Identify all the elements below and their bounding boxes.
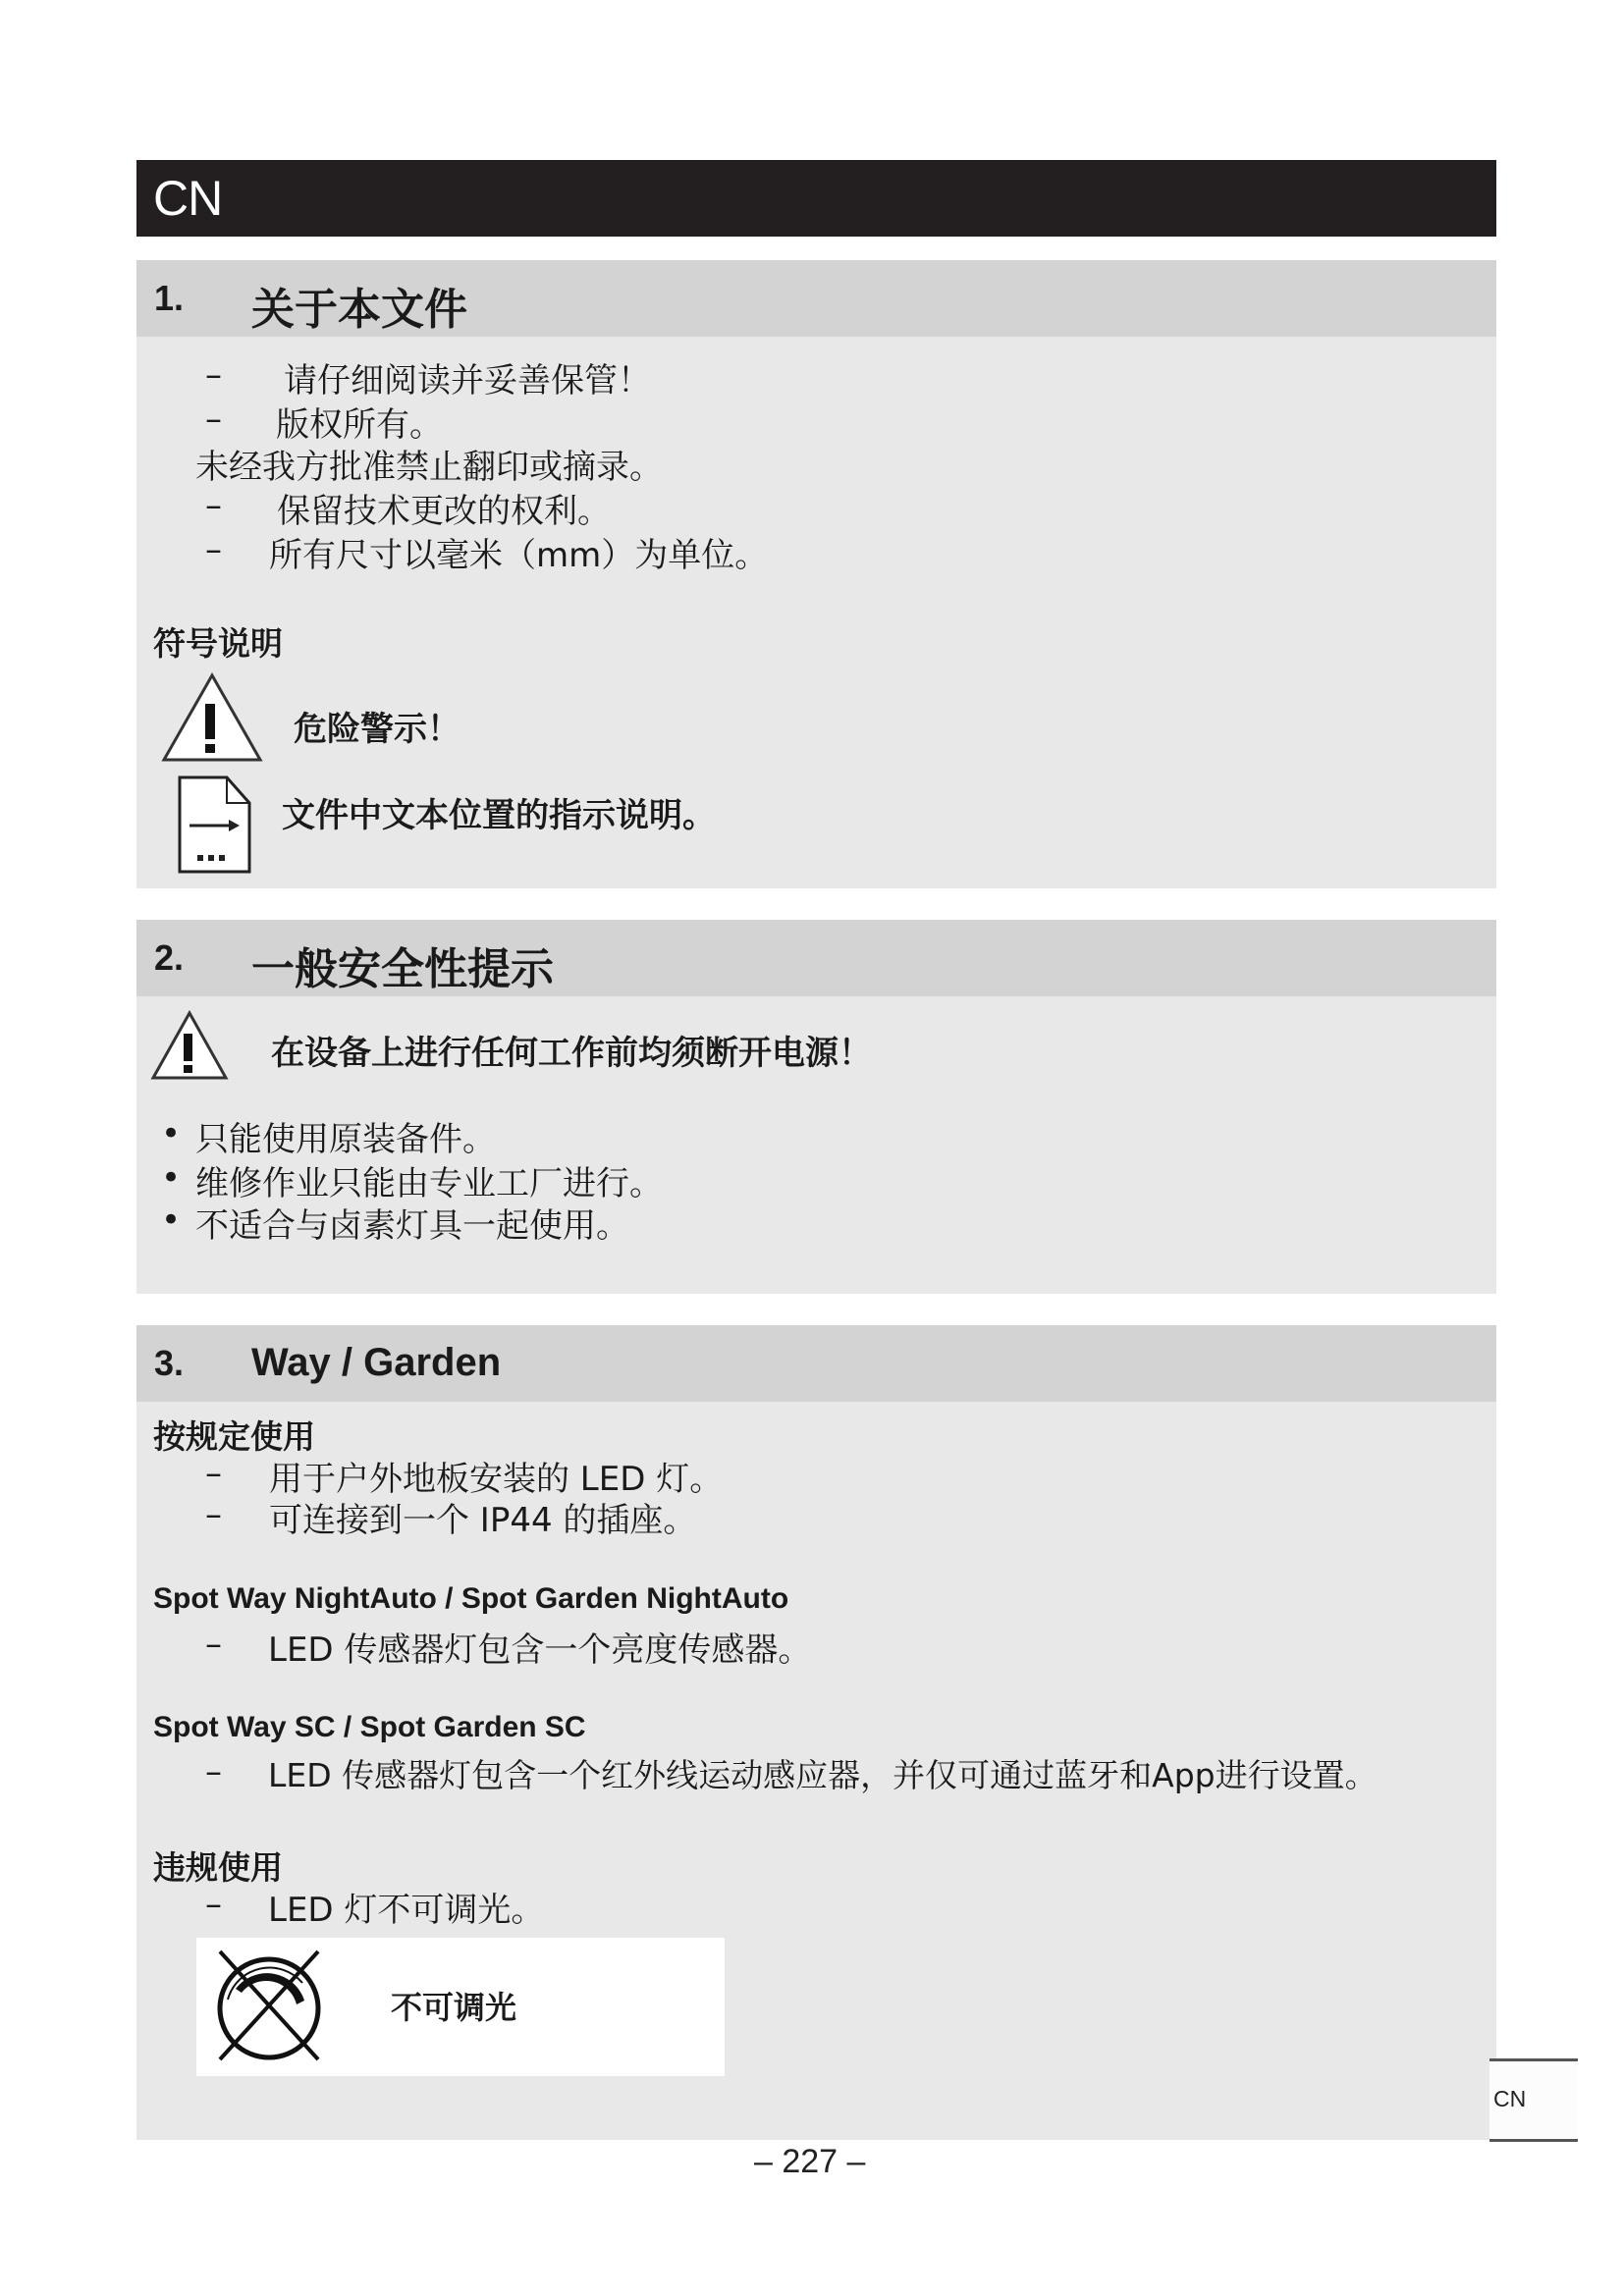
list-marker: – [205, 355, 222, 395]
list-marker: – [205, 530, 222, 569]
section-about-document: 1. 关于本文件 – 请仔细阅读并妥善保管！ – 版权所有。 未经我方批准禁止翻… [136, 260, 1496, 888]
not-dimmable-icon [214, 1946, 324, 2065]
language-code: CN [153, 170, 222, 227]
section-general-safety: 2. 一般安全性提示 在设备上进行任何工作前均须断开电源！ • 只能使用原装备件… [136, 920, 1496, 1294]
misuse-heading: 违规使用 [153, 1842, 283, 1889]
divider [1489, 2139, 1578, 2142]
intended-use-heading: 按规定使用 [153, 1412, 315, 1458]
sc-heading: Spot Way SC / Spot Garden SC [153, 1711, 586, 1744]
list-item: LED 传感器灯包含一个红外线运动感应器，并仅可通过蓝牙和App进行设置。 [268, 1750, 1378, 1796]
section-title: 关于本文件 [251, 274, 467, 337]
bullet-item: 只能使用原装备件。 [195, 1112, 496, 1160]
list-marker: – [205, 1454, 222, 1493]
section-header: 2. 一般安全性提示 [136, 920, 1496, 996]
bullet-marker: • [161, 1114, 181, 1153]
list-marker: – [205, 486, 222, 525]
not-dimmable-notice: 不可调光 [196, 1938, 725, 2076]
list-item: 版权所有。 [276, 398, 443, 446]
safety-warning-text: 在设备上进行任何工作前均须断开电源！ [271, 1026, 872, 1074]
section-header: 1. 关于本文件 [136, 260, 1496, 337]
symbol-label: 危险警示！ [294, 702, 460, 750]
list-item: 请仔细阅读并妥善保管！ [284, 353, 651, 401]
section-number: 3. [154, 1343, 184, 1384]
divider [1489, 2058, 1578, 2061]
list-marker: – [205, 1885, 222, 1924]
list-item: LED 灯不可调光。 [268, 1883, 544, 1931]
list-item: 可连接到一个 IP44 的插座。 [269, 1493, 696, 1541]
bullet-item: 维修作业只能由专业工厂进行。 [195, 1156, 663, 1204]
section-way-garden: 3. Way / Garden 按规定使用 – 用于户外地板安装的 LED 灯。… [136, 1325, 1496, 2140]
nightauto-heading: Spot Way NightAuto / Spot Garden NightAu… [153, 1582, 788, 1616]
list-item-continuation: 未经我方批准禁止翻印或摘录。 [195, 440, 663, 488]
section-header: 3. Way / Garden [136, 1325, 1496, 1402]
list-item: 所有尺寸以毫米（mm）为单位。 [269, 528, 768, 576]
warning-triangle-icon [150, 1010, 229, 1081]
bullet-item: 不适合与卤素灯具一起使用。 [195, 1199, 629, 1247]
section-number: 1. [154, 278, 184, 319]
bullet-marker: • [161, 1158, 181, 1198]
document-reference-icon [178, 775, 251, 874]
side-language-tab: CN [1489, 2058, 1578, 2141]
side-tab-label: CN [1493, 2086, 1526, 2112]
page-number: – 227 – [754, 2143, 865, 2181]
list-marker: – [205, 1495, 222, 1534]
list-marker: – [205, 400, 222, 439]
section-title: 一般安全性提示 [251, 934, 554, 996]
list-item: LED 传感器灯包含一个亮度传感器。 [268, 1623, 811, 1671]
list-marker: – [205, 1625, 222, 1664]
language-header-bar: CN [136, 160, 1496, 237]
list-marker: – [205, 1752, 222, 1791]
symbol-label: 文件中文本位置的指示说明。 [282, 788, 716, 836]
symbols-heading: 符号说明 [153, 618, 283, 665]
not-dimmable-label: 不可调光 [391, 1983, 516, 2028]
bullet-marker: • [161, 1201, 181, 1240]
section-title: Way / Garden [251, 1341, 501, 1385]
list-item: 保留技术更改的权利。 [277, 484, 611, 532]
warning-triangle-icon [161, 672, 263, 763]
section-number: 2. [154, 937, 184, 979]
